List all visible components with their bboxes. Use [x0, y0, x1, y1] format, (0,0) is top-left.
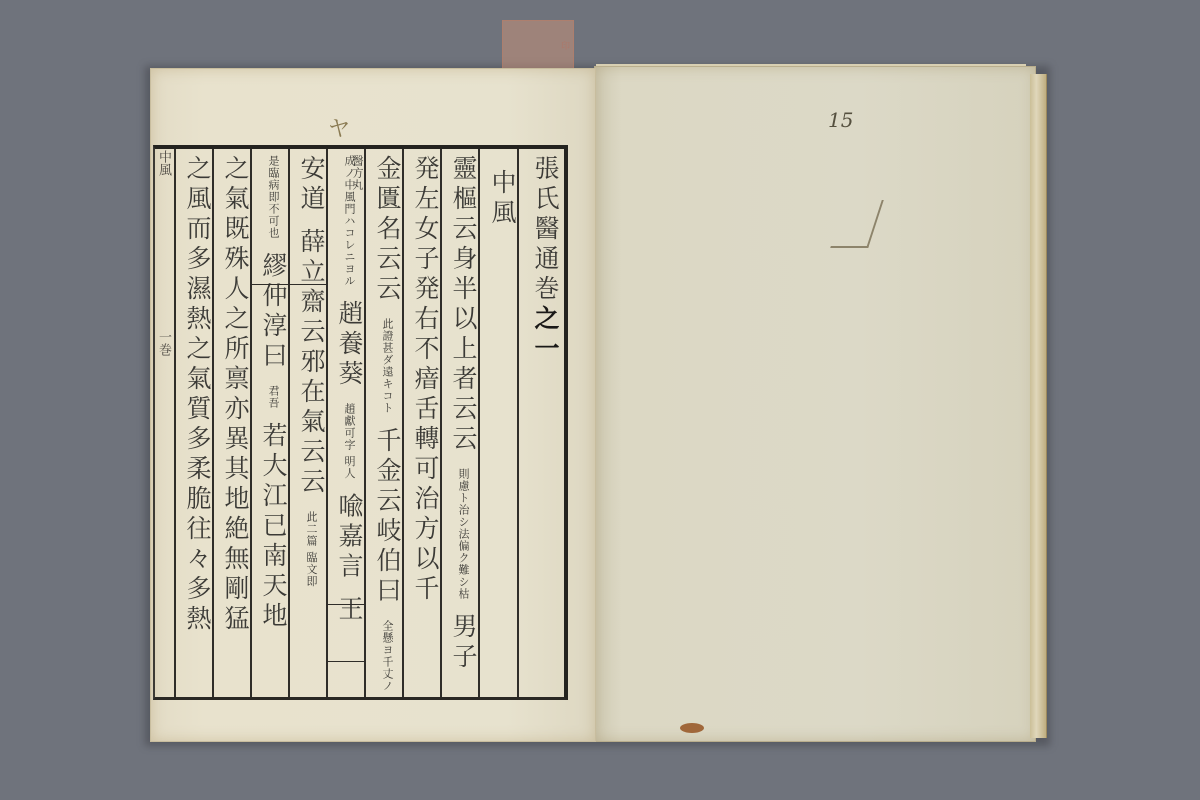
column-text: 発左女子発右不瘖舌轉可治方以千 — [411, 155, 440, 605]
column-5: 金匱名云云 此證甚ダ遠キコト 千金云岐伯曰 全懸ヨ千丈ノ醫方丸 — [364, 149, 402, 697]
title-text: 張氏醫通巻 — [531, 155, 560, 305]
top-margin-mark: ヤ — [328, 112, 350, 143]
column-annotation: 此二篇 臨文即 — [305, 511, 318, 588]
column-3: 靈樞云身半以上者云云 則慮ト治シ法偏ク難シ枯 男子 — [440, 149, 478, 697]
column-4: 発左女子発右不瘖舌轉可治方以千 — [402, 149, 440, 697]
column-text-2: 喩嘉言 — [335, 492, 364, 582]
column-book-title: 張氏醫通巻之一 — [517, 149, 560, 697]
paper-stain — [680, 723, 704, 733]
volume-text: 之一 — [531, 305, 560, 365]
chapter-heading: 中風 — [488, 169, 517, 229]
column-6: 成ノ中風門ハコレニヨル 趙養葵 趙獻可字 明人 喩嘉言 王 — [326, 149, 364, 697]
column-8: 是臨病即不可也 繆仲淳曰 君吾 若大江已南天地 — [250, 149, 288, 697]
column-header-box — [252, 149, 288, 285]
column-text: 金匱名云云 — [373, 155, 402, 305]
column-annotation: 則慮ト治シ法偏ク難シ枯 — [457, 468, 470, 600]
seal-text: 印 — [507, 25, 569, 65]
column-header-box — [290, 149, 326, 285]
column-text: 之風而多濕熱之氣質多柔脆往々多熱 — [183, 155, 212, 635]
column-top-annotation: 成ノ中風門ハコレニヨル — [343, 155, 356, 287]
column-text-2: 千金云岐伯曰 — [373, 427, 402, 607]
column-box — [328, 604, 364, 662]
column-7: 安道 薛立齋云邪在氣云云 此二篇 臨文即 — [288, 149, 326, 697]
column-annotation: 君吾 — [267, 385, 280, 409]
column-text: 趙養葵 — [335, 300, 364, 390]
column-annotation: 趙獻可字 明人 — [343, 403, 356, 480]
column-9: 之氣既殊人之所禀亦異其地絶無剛猛 — [212, 149, 250, 697]
right-page-handwritten-mark: 15 — [828, 108, 853, 132]
library-seal: 印 — [502, 20, 574, 70]
text-frame: 張氏醫通巻之一 中風 靈樞云身半以上者云云 則慮ト治シ法偏ク難シ枯 男子 発左女… — [153, 145, 568, 700]
column-text-2: 若大江已南天地 — [259, 422, 288, 632]
column-text: 之氣既殊人之所禀亦異其地絶無剛猛 — [221, 155, 250, 635]
column-annotation: 此證甚ダ遠キコト — [381, 318, 394, 414]
column-tail: 男子 — [449, 613, 478, 673]
column-chapter-heading: 中風 — [478, 149, 517, 697]
column-10: 之風而多濕熱之氣質多柔脆往々多熱 — [174, 149, 212, 697]
page-stack-edge — [1030, 74, 1047, 738]
column-text: 靈樞云身半以上者云云 — [449, 155, 478, 455]
right-page — [594, 66, 1036, 742]
